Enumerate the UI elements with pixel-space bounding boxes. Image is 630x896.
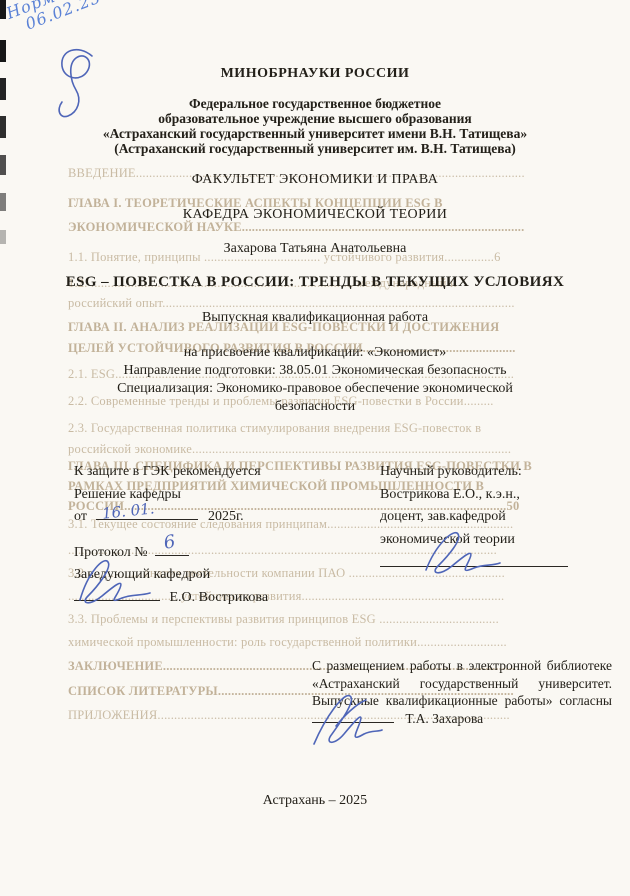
author-signature [306, 686, 386, 752]
date-blank-line: 16. 01. [96, 519, 198, 520]
approval-date-line: от 16. 01. 2025г. [74, 506, 324, 529]
specialization-line: Специализация: Экономико-правовое обеспе… [0, 381, 630, 397]
supervisor-signature [418, 526, 504, 580]
printed-content: МИНОБРНАУКИ РОССИИ Федеральное государст… [0, 0, 630, 896]
faculty-heading: ФАКУЛЬТЕТ ЭКОНОМИКИ И ПРАВА [0, 172, 630, 188]
city-year: Астрахань – 2025 [0, 793, 630, 809]
normcontrol-signature [48, 42, 118, 120]
handwritten-protocol-number: 6 [162, 531, 177, 555]
institution-line: (Астраханский государственный университе… [0, 141, 630, 157]
program-line: Направление подготовки: 38.05.01 Экономи… [0, 363, 630, 379]
consent-line: С размещением работы в электронной библи… [312, 657, 612, 675]
head-signature [70, 552, 160, 610]
date-prefix: от [74, 509, 87, 524]
protocol-blank-line: 6 [155, 555, 189, 556]
thesis-title: ESG – ПОВЕСТКА В РОССИИ: ТРЕНДЫ В ТЕКУЩИ… [0, 274, 630, 291]
consent-name: Т.А. Захарова [405, 711, 483, 726]
handwritten-date: 16. 01. [101, 497, 156, 525]
supervisor-name: Вострикова Е.О., к.э.н., [380, 484, 610, 507]
thesis-title-page: ВВЕДЕНИЕ................................… [0, 0, 630, 896]
author-name: Захарова Татьяна Анатольевна [0, 241, 630, 257]
head-name: Е.О. Вострикова [170, 590, 269, 605]
approval-line: К защите в ГЭК рекомендуется [74, 461, 324, 484]
institution-line: «Астраханский государственный университе… [0, 126, 630, 142]
department-heading: КАФЕДРА ЭКОНОМИЧЕСКОЙ ТЕОРИИ [0, 207, 630, 223]
supervisor-label: Научный руководитель: [380, 461, 610, 484]
qualification-line: на присвоение квалификации: «Экономист» [0, 345, 630, 361]
work-type: Выпускная квалификационная работа [0, 310, 630, 326]
date-suffix: 2025г. [208, 509, 244, 524]
specialization-line: безопасности [0, 399, 630, 415]
